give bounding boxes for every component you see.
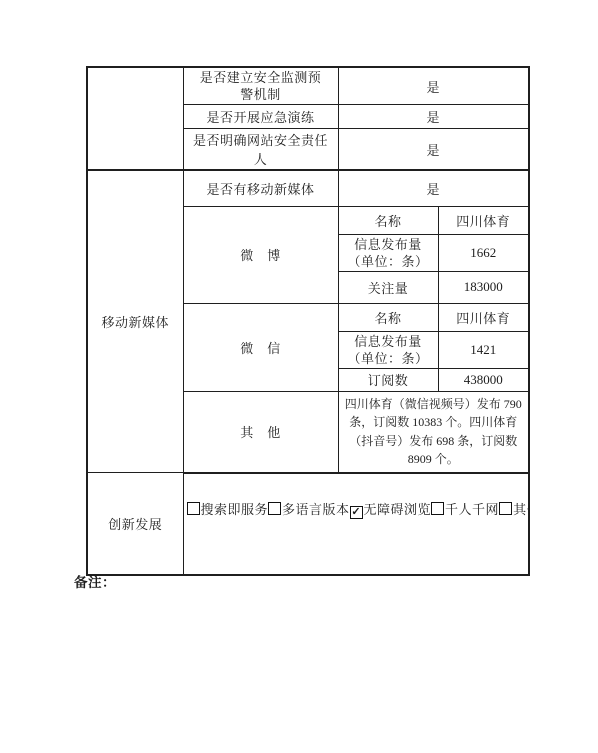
checkbox-option-multilingual: 多语言版本: [268, 499, 350, 518]
weibo-label: 微 博: [183, 206, 338, 303]
question-cell: 是否有移动新媒体: [183, 170, 338, 206]
other-media-cell: 四川体育（微信视频号）发布 790 条，订阅数 10383 个。四川体育（抖音号…: [338, 391, 529, 473]
answer-cell: 是: [338, 170, 529, 206]
table-row: 创新发展 搜索即服务多语言版本✓无障碍浏览千人千网其他: [87, 473, 529, 575]
report-page: 是否建立安全监测预警机制 是 是否开展应急演练 是 是否明确网站安全责任人 是 …: [0, 0, 598, 753]
answer-cell: 是: [338, 105, 529, 129]
checkbox-icon: [431, 502, 444, 515]
checkbox-label: 搜索即服务: [201, 502, 269, 517]
table-row: 是否建立安全监测预警机制 是: [87, 67, 529, 105]
wechat-subscribers-value: 438000: [438, 368, 529, 391]
publish-label-line2: （单位：条）: [342, 253, 435, 270]
wechat-publish-label: 信息发布量 （单位：条）: [338, 331, 438, 368]
wechat-name-value: 四川体育: [438, 303, 529, 331]
wechat-subscribers-label: 订阅数: [338, 368, 438, 391]
checkbox-icon: [499, 502, 512, 515]
publish-label-line1: 信息发布量: [342, 236, 435, 253]
table-row: 移动新媒体 是否有移动新媒体 是: [87, 170, 529, 206]
weibo-publish-label: 信息发布量 （单位：条）: [338, 234, 438, 271]
checkbox-label: 无障碍浏览: [364, 502, 432, 517]
notes-label: 备注：: [74, 571, 116, 591]
checkbox-checked-icon: ✓: [350, 506, 363, 519]
government-website-report-table: 是否建立安全监测预警机制 是 是否开展应急演练 是 是否明确网站安全责任人 是 …: [86, 66, 530, 576]
answer-cell: 是: [338, 67, 529, 105]
checkbox-label: 其他: [513, 502, 529, 517]
weibo-followers-value: 183000: [438, 271, 529, 303]
wechat-name-label: 名称: [338, 303, 438, 331]
question-cell: 是否建立安全监测预警机制: [183, 67, 338, 105]
checkbox-option-accessibility: ✓无障碍浏览: [350, 499, 432, 519]
question-cell: 是否开展应急演练: [183, 105, 338, 129]
mobile-media-section-label: 移动新媒体: [87, 170, 183, 473]
wechat-publish-value: 1421: [438, 331, 529, 368]
checkbox-icon: [187, 502, 200, 515]
innovation-options-cell: 搜索即服务多语言版本✓无障碍浏览千人千网其他: [183, 473, 529, 575]
checkbox-label: 千人千网: [445, 502, 499, 517]
weibo-name-value: 四川体育: [438, 206, 529, 234]
checkbox-icon: [268, 502, 281, 515]
other-media-text: 四川体育（微信视频号）发布 790 条，订阅数 10383 个。四川体育（抖音号…: [342, 395, 524, 469]
wechat-label: 微 信: [183, 303, 338, 391]
weibo-followers-label: 关注量: [338, 271, 438, 303]
answer-cell: 是: [338, 129, 529, 171]
question-text: 是否建立安全监测预警机制: [194, 69, 328, 103]
innovation-section-label: 创新发展: [87, 473, 183, 575]
checkbox-option-search-as-service: 搜索即服务: [187, 499, 269, 518]
checkbox-option-other: 其他: [499, 499, 529, 518]
publish-label-line2: （单位：条）: [342, 350, 435, 367]
publish-label-line1: 信息发布量: [342, 333, 435, 350]
checkbox-option-personalized-web: 千人千网: [431, 499, 499, 518]
weibo-name-label: 名称: [338, 206, 438, 234]
security-section-empty-cell: [87, 67, 183, 170]
checkbox-label: 多语言版本: [282, 502, 350, 517]
weibo-publish-value: 1662: [438, 234, 529, 271]
other-media-label: 其 他: [183, 391, 338, 473]
question-cell: 是否明确网站安全责任人: [183, 129, 338, 171]
